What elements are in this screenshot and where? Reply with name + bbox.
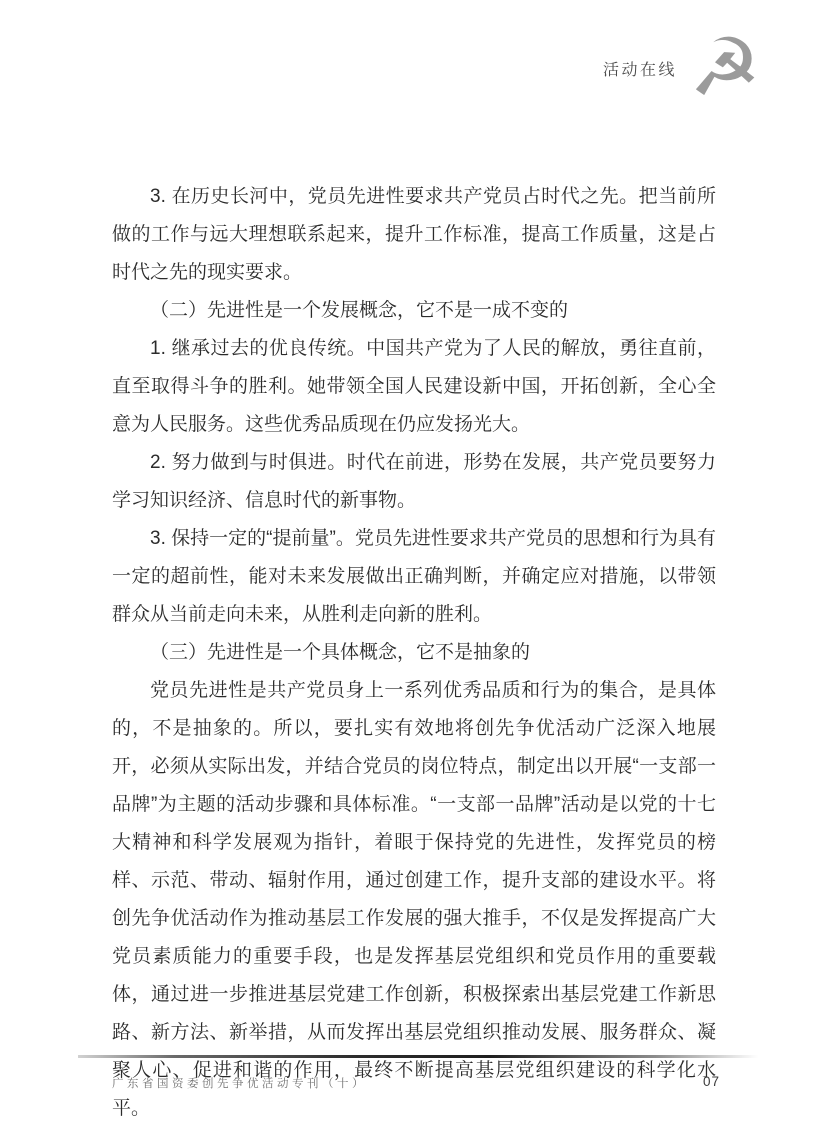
article-body: 3. 在历史长河中，党员先进性要求共产党员占时代之先。把当前所做的工作与远大理想… bbox=[112, 178, 716, 1128]
section-heading: （二）先进性是一个发展概念，它不是一成不变的 bbox=[112, 292, 716, 330]
page-number: 07 bbox=[703, 1074, 720, 1089]
page-header: 活动在线 ☭ bbox=[0, 0, 827, 130]
party-emblem-icon: ☭ bbox=[689, 28, 761, 108]
document-page: 活动在线 ☭ 3. 在历史长河中，党员先进性要求共产党员占时代之先。把当前所做的… bbox=[0, 0, 827, 1130]
section-heading: （三）先进性是一个具体概念，它不是抽象的 bbox=[112, 634, 716, 672]
body-paragraph: 3. 保持一定的“提前量”。党员先进性要求共产党员的思想和行为具有一定的超前性，… bbox=[112, 520, 716, 634]
body-paragraph: 2. 努力做到与时俱进。时代在前进，形势在发展，共产党员要努力学习知识经济、信息… bbox=[112, 444, 716, 520]
footer-divider bbox=[78, 1055, 765, 1058]
header-title: 活动在线 bbox=[603, 57, 677, 80]
body-paragraph: 1. 继承过去的优良传统。中国共产党为了人民的解放，勇往直前，直至取得斗争的胜利… bbox=[112, 330, 716, 444]
journal-title: 广东省国资委创先争优活动专刊（十） bbox=[112, 1075, 367, 1091]
body-paragraph: 党员先进性是共产党员身上一系列优秀品质和行为的集合，是具体的，不是抽象的。所以，… bbox=[112, 672, 716, 1128]
page-footer: 广东省国资委创先争优活动专刊（十） 07 bbox=[0, 1072, 827, 1112]
body-paragraph: 3. 在历史长河中，党员先进性要求共产党员占时代之先。把当前所做的工作与远大理想… bbox=[112, 178, 716, 292]
